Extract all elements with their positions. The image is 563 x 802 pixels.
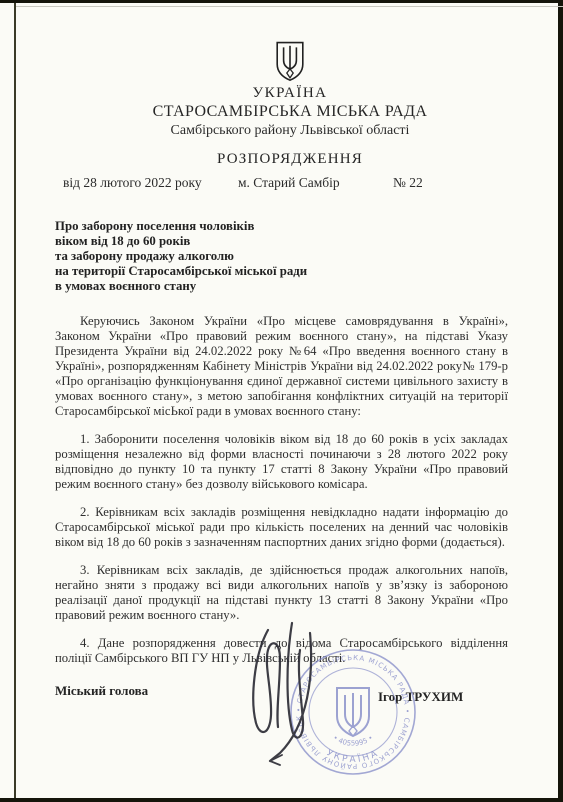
subject-line: та заборону продажу алкоголю [55, 249, 385, 264]
document-number: № 22 [393, 175, 423, 191]
subject-block: Про заборону поселення чоловіків віком в… [55, 219, 385, 294]
scan-edge-top [0, 0, 563, 3]
document-place: м. Старий Самбір [238, 175, 340, 191]
subject-line: Про заборону поселення чоловіків [55, 219, 385, 234]
document-date: від 28 лютого 2022 року [63, 175, 202, 191]
order-item-1: 1. Заборонити поселення чоловіків віком … [55, 432, 508, 492]
subject-line: віком від 18 до 60 років [55, 234, 385, 249]
council-name: СТАРОСАМБІРСЬКА МІСЬКА РАДА [17, 103, 563, 121]
signatory-title: Міський голова [55, 683, 148, 699]
subject-line: в умовах воєнного стану [55, 279, 385, 294]
district-name: Самбірського району Львівської області [17, 123, 563, 139]
document-type-title: РОЗПОРЯДЖЕННЯ [17, 151, 563, 168]
ukraine-coat-of-arms-icon [274, 40, 306, 82]
preamble-paragraph: Керуючись Законом України «Про місцеве с… [55, 314, 508, 419]
document-page: УКРАЇНА СТАРОСАМБІРСЬКА МІСЬКА РАДА Самб… [0, 0, 563, 802]
order-item-3: 3. Керівникам всіх закладів, де здійснює… [55, 563, 508, 623]
order-item-2: 2. Керівникам всіх закладів розміщення н… [55, 505, 508, 550]
subject-line: на території Старосамбірської міської ра… [55, 264, 385, 279]
country-name: УКРАЇНА [17, 85, 563, 102]
handwritten-signature-icon [240, 615, 350, 775]
scan-edge-bottom [0, 798, 563, 802]
scan-edge-left [14, 3, 16, 798]
document-header: УКРАЇНА СТАРОСАМБІРСЬКА МІСЬКА РАДА Самб… [17, 40, 563, 168]
scan-artifact-line [16, 6, 563, 7]
